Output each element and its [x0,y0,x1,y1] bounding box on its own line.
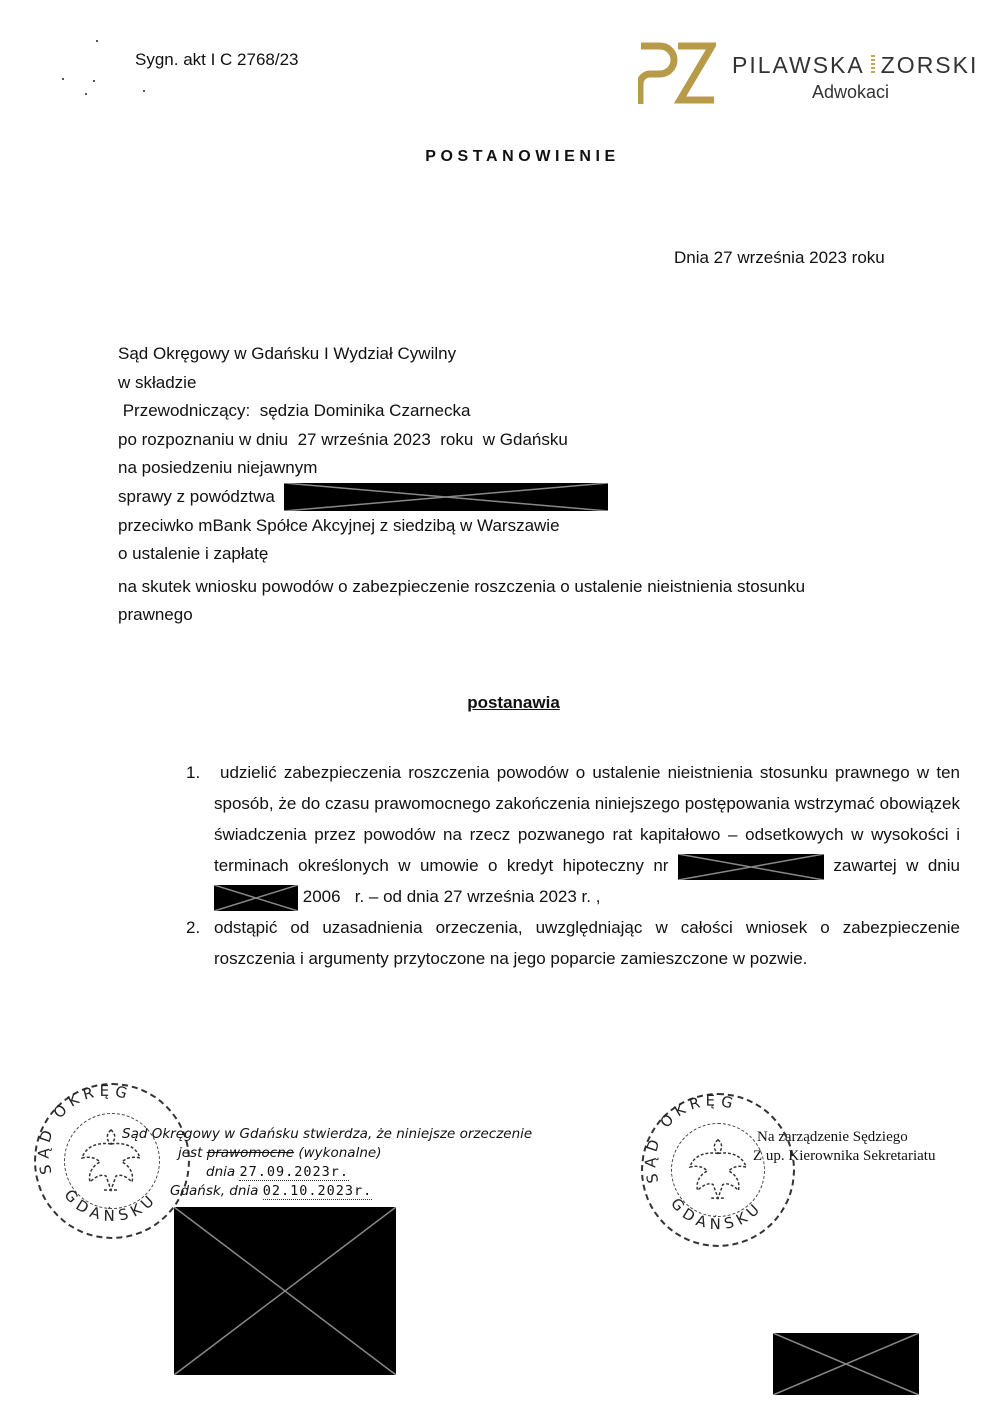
intro-line: w składzie [118,369,805,398]
issue-date-line: Gdańsk, dnia 02.10.2023r. [122,1182,532,1201]
intro-line: Przewodniczący: sędzia Dominika Czarneck… [118,397,805,426]
case-intro: Sąd Okręgowy w Gdańsku I Wydział Cywilny… [118,340,805,630]
intro-line: na posiedzeniu niejawnym [118,454,805,483]
scan-speck [62,78,64,80]
secretariat-order: Na zarządzenie Sędziego Z up. Kierownika… [757,1128,935,1166]
intro-line: po rozpoznaniu w dniu 27 września 2023 r… [118,426,805,455]
scan-speck [96,40,98,42]
decision-heading: postanawia [0,693,1000,713]
motion-line: na skutek wniosku powodów o zabezpieczen… [118,573,805,602]
order-line: Na zarządzenie Sędziego [757,1128,935,1147]
motion-line: prawnego [118,601,805,630]
subject-line: o ustalenie i zapłatę [118,540,805,569]
left-signature-redaction [174,1207,396,1375]
decision-items: 1. udzielić zabezpieczenia roszczenia po… [186,757,960,974]
case-number: Sygn. akt I C 2768/23 [135,50,299,70]
logo-separator [871,55,875,75]
decision-item-2: 2. odstąpić od uzasadnienia orzeczenia, … [186,912,960,974]
issue-date-label: Gdańsk, dnia [170,1183,258,1199]
finality-date-line: dnia 27.09.2023r. [122,1163,532,1182]
defendant-line: przeciwko mBank Spółce Akcyjnej z siedzi… [118,512,805,541]
struck-word: prawomocne [207,1145,294,1161]
item-text: 2006 r. – od dnia 27 września 2023 r. , [303,887,601,906]
plaintiff-redaction [284,483,608,511]
law-firm-logo: PILAWSKAZORSKI Adwokaci [638,40,978,110]
finality-date-label: dnia [206,1164,235,1180]
firm-name: PILAWSKAZORSKI [732,52,978,79]
svg-text:SĄD OKRĘG: SĄD OKRĘG [642,1093,739,1185]
finality-certification: Sąd Okręgowy w Gdańsku stwierdza, że nin… [122,1125,532,1201]
right-signature-redaction [773,1333,919,1395]
contract-date-redaction [214,885,298,911]
plaintiff-line: sprawy z powództwa [118,483,805,512]
decision-item-1: 1. udzielić zabezpieczenia roszczenia po… [186,757,960,912]
certification-suffix: (wykonalne) [298,1145,381,1161]
firm-name-right: ZORSKI [881,52,979,78]
item-text: zawartej w dniu [833,856,960,875]
scan-speck [143,90,145,92]
svg-text:SĄD OKRĘG: SĄD OKRĘG [35,1083,134,1176]
certification-line: Sąd Okręgowy w Gdańsku stwierdza, że nin… [122,1125,532,1144]
plaintiff-label: sprawy z powództwa [118,487,275,506]
item-number: 1. [186,757,200,788]
document-date: Dnia 27 września 2023 roku [674,248,885,268]
svg-text:GDAŃSKU: GDAŃSKU [667,1195,766,1233]
firm-subtitle: Adwokaci [812,82,889,103]
stamp-ring-text: SĄD OKRĘG GDAŃSKU [641,1093,791,1243]
firm-name-left: PILAWSKA [732,52,865,78]
certification-line: jest prawomocne (wykonalne) [122,1144,532,1163]
issue-date-value: 02.10.2023r. [263,1183,373,1200]
certification-prefix: jest [178,1145,202,1161]
item-text: odstąpić od uzasadnienia orzeczenia, uwz… [214,918,960,968]
order-line: Z up. Kierownika Sekretariatu [753,1147,935,1166]
intro-line: Sąd Okręgowy w Gdańsku I Wydział Cywilny [118,340,805,369]
finality-date-value: 27.09.2023r. [239,1164,349,1181]
item-number: 2. [186,912,200,943]
pz-monogram-icon [638,40,716,106]
scan-speck [85,93,87,95]
document-title: POSTANOWIENIE [0,148,1000,166]
contract-number-redaction [678,854,824,880]
scan-speck [93,80,95,82]
